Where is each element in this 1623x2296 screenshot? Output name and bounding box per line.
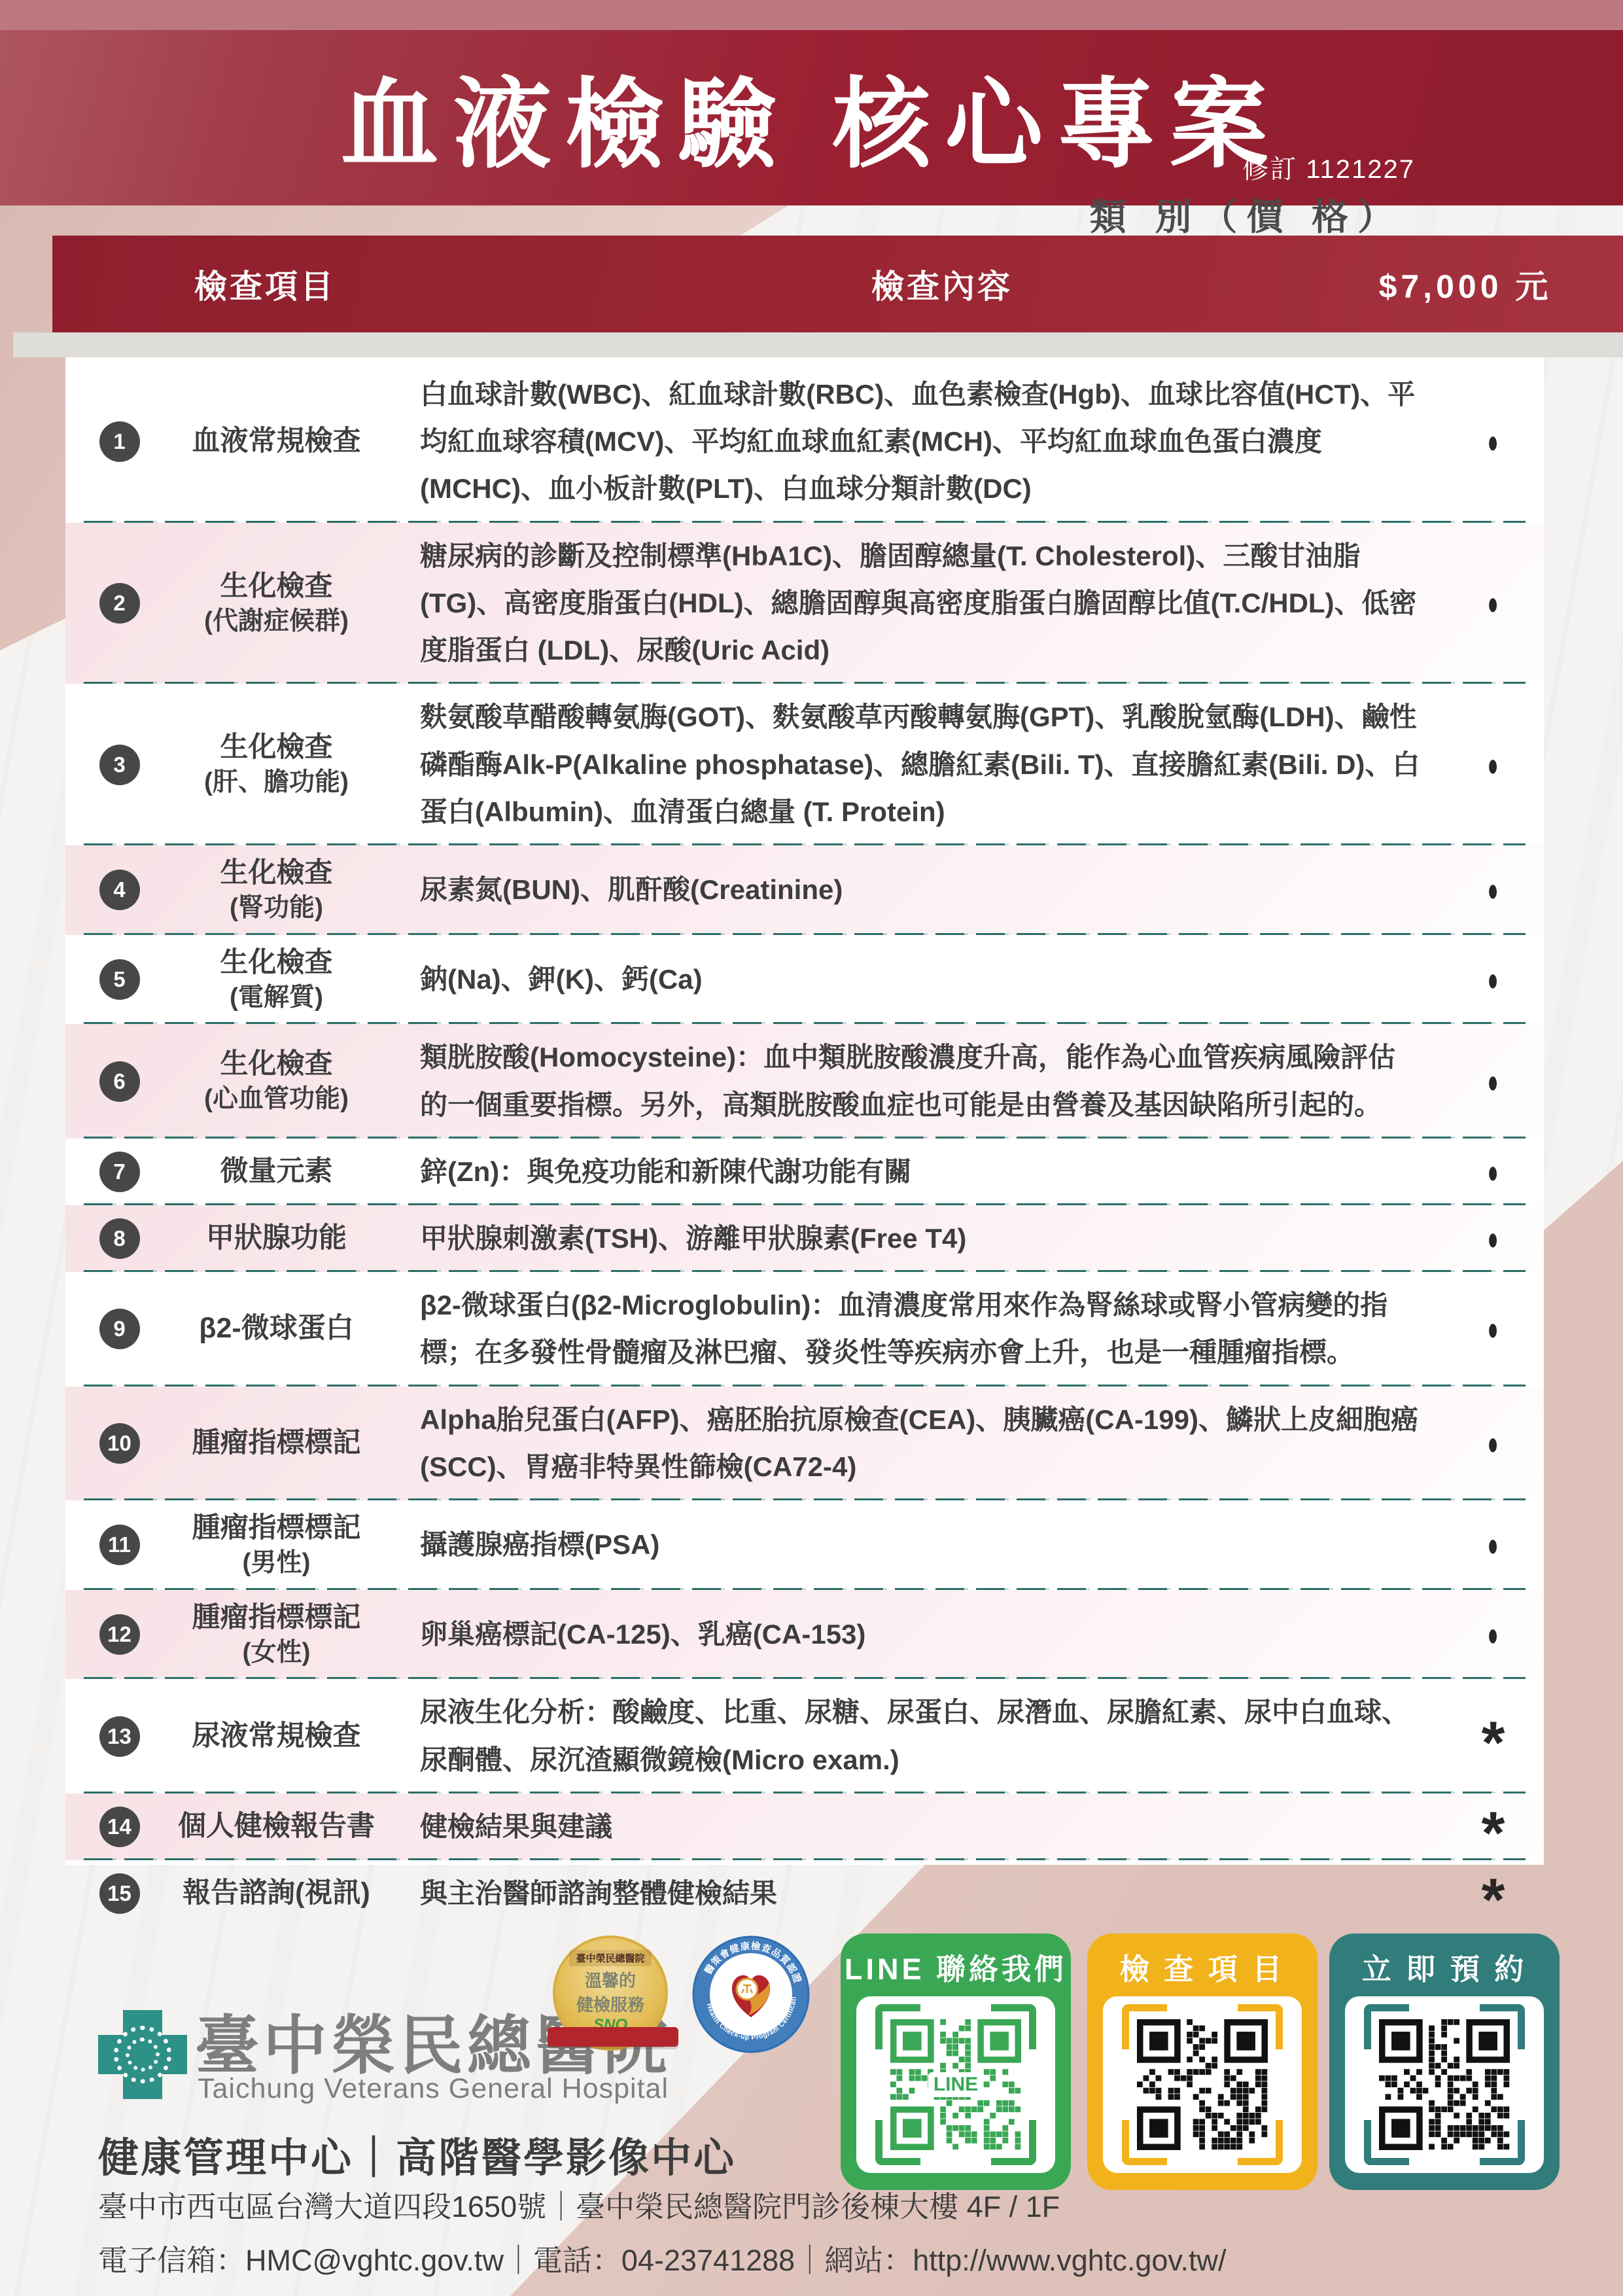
line-contact-qr-card[interactable]: LINE 聯絡我們 LINE — [841, 1934, 1071, 2190]
hospital-name-en: Taichung Veterans General Hospital — [198, 2073, 669, 2105]
row-number-badge: 12 — [99, 1614, 140, 1655]
table-row: 3 生化檢查(肝、膽功能) 麩氨酸草醋酸轉氨脢(GOT)、麩氨酸草丙酸轉氨脢(G… — [65, 684, 1544, 845]
exam-item-label: β2-微球蛋白 — [173, 1311, 379, 1347]
row-number-badge: 7 — [99, 1152, 140, 1192]
row-number-badge: 3 — [99, 745, 140, 785]
row-number-badge: 10 — [99, 1423, 140, 1464]
exam-content-text: 卵巢癌標記(CA-125)、乳癌(CA-153) — [379, 1611, 1442, 1658]
table-row: 5 生化檢查(電解質) 鈉(Na)、鉀(K)、鈣(Ca) ● — [65, 935, 1544, 1025]
department-line: 健康管理中心｜高階醫學影像中心 — [98, 2125, 736, 2183]
row-number-badge: 8 — [99, 1218, 140, 1259]
price-column-mark: ● — [1442, 1424, 1544, 1462]
table-row: 8 甲狀腺功能 甲狀腺刺激素(TSH)、游離甲狀腺素(Free T4) ● — [65, 1205, 1544, 1272]
exam-item-label: 血液常規檢查 — [173, 423, 379, 460]
table-row: 6 生化檢查(心血管功能) 類胱胺酸(Homocysteine)：血中類胱胺酸濃… — [65, 1024, 1544, 1138]
table-row: 1 血液常規檢查 白血球計數(WBC)、紅血球計數(RBC)、血色素檢查(Hgb… — [65, 361, 1544, 523]
row-number-badge: 5 — [99, 959, 140, 1000]
exam-item-label: 腫瘤指標標記(女性) — [173, 1600, 379, 1670]
row-number-badge: 11 — [99, 1525, 140, 1565]
exam-content-text: 白血球計數(WBC)、紅血球計數(RBC)、血色素檢查(Hgb)、血球比容值(H… — [379, 371, 1442, 513]
gray-shadow-strip — [13, 332, 1623, 357]
row-number-badge: 4 — [99, 870, 140, 910]
row-number-badge: 9 — [99, 1309, 140, 1349]
header-banner: 血液檢驗 核心專案 修訂 1121227 — [0, 30, 1623, 205]
exam-item-label: 腫瘤指標標記(男性) — [173, 1510, 379, 1580]
exam-item-label: 生化檢查(肝、膽功能) — [173, 730, 379, 800]
exam-items-qr-code — [1137, 2019, 1268, 2150]
exam-item-label: 微量元素 — [173, 1154, 379, 1190]
snq-quality-badge: 臺中榮民總醫院 溫馨的 健檢服務 SNQ — [553, 1935, 668, 2051]
booking-qr-code — [1379, 2019, 1510, 2150]
table-row: 13 尿液常規檢查 尿液生化分析：酸鹼度、比重、尿糖、尿蛋白、尿潛血、尿膽紅素、… — [65, 1679, 1544, 1793]
row-number-badge: 13 — [99, 1716, 140, 1757]
exam-item-label: 生化檢查(電解質) — [173, 945, 379, 1015]
column-header-content: 檢查內容 — [759, 236, 1125, 332]
hospital-cross-logo — [98, 2010, 187, 2099]
table-row: 12 腫瘤指標標記(女性) 卵巢癌標記(CA-125)、乳癌(CA-153) ● — [65, 1590, 1544, 1680]
price-column-mark: ● — [1442, 746, 1544, 784]
flyer-page: 血液檢驗 核心專案 修訂 1121227 類 別（價 格） 檢查項目 檢查內容 … — [0, 0, 1623, 2296]
price-column-mark: ● — [1442, 1063, 1544, 1101]
exam-items-qr-card[interactable]: 檢 查 項 目 — [1087, 1934, 1318, 2190]
category-price-label: 類 別（價 格） — [1090, 188, 1403, 241]
exam-content-text: β2-微球蛋白(β2-Microglobulin)：血清濃度常用來作為腎絲球或腎… — [379, 1282, 1442, 1376]
exam-item-label: 生化檢查(心血管功能) — [173, 1046, 379, 1116]
exam-content-text: 類胱胺酸(Homocysteine)：血中類胱胺酸濃度升高，能作為心血管疾病風險… — [379, 1034, 1442, 1128]
exam-content-text: 麩氨酸草醋酸轉氨脢(GOT)、麩氨酸草丙酸轉氨脢(GPT)、乳酸脫氫酶(LDH)… — [379, 694, 1442, 836]
exam-content-text: 健檢結果與建議 — [379, 1803, 1442, 1850]
price-column-mark: ● — [1442, 1526, 1544, 1564]
exam-content-text: 鈉(Na)、鉀(K)、鈣(Ca) — [379, 956, 1442, 1003]
table-header-bar: 檢查項目 檢查內容 $7,000 元 — [52, 236, 1623, 332]
table-row: 10 腫瘤指標標記 Alpha胎兒蛋白(AFP)、癌胚胎抗原檢查(CEA)、胰臟… — [65, 1386, 1544, 1500]
table-row: 9 β2-微球蛋白 β2-微球蛋白(β2-Microglobulin)：血清濃度… — [65, 1272, 1544, 1386]
price-column-mark: * — [1442, 1718, 1544, 1755]
page-title: 血液檢驗 核心專案 — [341, 45, 1283, 186]
exam-table: 1 血液常規檢查 白血球計數(WBC)、紅血球計數(RBC)、血色素檢查(Hgb… — [65, 357, 1544, 1865]
price-column-mark: ● — [1442, 1616, 1544, 1653]
price-column-mark: ● — [1442, 423, 1544, 461]
table-row: 4 生化檢查(腎功能) 尿素氮(BUN)、肌酐酸(Creatinine) ● — [65, 845, 1544, 935]
price-column-mark: ● — [1442, 1153, 1544, 1191]
exam-content-text: 糖尿病的診斷及控制標準(HbA1C)、膽固醇總量(T. Cholesterol)… — [379, 533, 1442, 675]
row-number-badge: 2 — [99, 583, 140, 624]
price-column-mark: ● — [1442, 1310, 1544, 1348]
exam-content-text: 甲狀腺刺激素(TSH)、游離甲狀腺素(Free T4) — [379, 1215, 1442, 1262]
top-mauve-strip — [0, 0, 1623, 30]
exam-items-label: 檢 查 項 目 — [1087, 1934, 1318, 1999]
booking-label: 立 即 預 約 — [1329, 1934, 1560, 1999]
footer: 臺中榮民總醫院 Taichung Veterans General Hospit… — [0, 1865, 1623, 2296]
column-header-price: $7,000 元 — [1315, 236, 1616, 332]
health-checkup-certification-badge: 醫策會健康檢查品質認證 Health Check-up Program Cert… — [692, 1935, 810, 2053]
exam-content-text: 鋅(Zn)：與免疫功能和新陳代謝功能有關 — [379, 1148, 1442, 1195]
contact-line: 電子信箱：HMC@vghtc.gov.tw｜電話：04-23741288｜網站：… — [98, 2236, 1227, 2279]
price-column-mark: ● — [1442, 584, 1544, 622]
exam-content-text: 尿素氮(BUN)、肌酐酸(Creatinine) — [379, 866, 1442, 913]
exam-item-label: 尿液常規檢查 — [173, 1718, 379, 1755]
column-header-item: 檢查項目 — [128, 236, 402, 332]
row-number-badge: 6 — [99, 1061, 140, 1102]
table-row: 2 生化檢查(代謝症候群) 糖尿病的診斷及控制標準(HbA1C)、膽固醇總量(T… — [65, 523, 1544, 684]
exam-item-label: 個人健檢報告書 — [173, 1809, 379, 1845]
exam-item-label: 生化檢查(腎功能) — [173, 855, 379, 925]
exam-content-text: 尿液生化分析：酸鹼度、比重、尿糖、尿蛋白、尿潛血、尿膽紅素、尿中白血球、尿酮體、… — [379, 1689, 1442, 1783]
ribbon-icon — [548, 2027, 678, 2047]
exam-item-label: 腫瘤指標標記 — [173, 1425, 379, 1462]
price-column-mark: ● — [1442, 871, 1544, 909]
booking-qr-card[interactable]: 立 即 預 約 — [1329, 1934, 1560, 2190]
exam-content-text: 攝護腺癌指標(PSA) — [379, 1521, 1442, 1568]
row-number-badge: 1 — [99, 421, 140, 462]
price-column-mark: ● — [1442, 1220, 1544, 1258]
table-row: 14 個人健檢報告書 健檢結果與建議 * — [65, 1793, 1544, 1860]
price-column-mark: ● — [1442, 961, 1544, 998]
table-row: 11 腫瘤指標標記(男性) 攝護腺癌指標(PSA) ● — [65, 1500, 1544, 1590]
exam-content-text: Alpha胎兒蛋白(AFP)、癌胚胎抗原檢查(CEA)、胰臟癌(CA-199)、… — [379, 1396, 1442, 1491]
exam-item-label: 生化檢查(代謝症候群) — [173, 569, 379, 639]
row-number-badge: 14 — [99, 1807, 140, 1847]
revision-label: 修訂 1121227 — [1242, 149, 1415, 186]
table-row: 7 微量元素 鋅(Zn)：與免疫功能和新陳代謝功能有關 ● — [65, 1139, 1544, 1205]
exam-item-label: 甲狀腺功能 — [173, 1220, 379, 1257]
line-contact-label: LINE 聯絡我們 — [841, 1934, 1071, 1999]
price-column-mark: * — [1442, 1809, 1544, 1845]
line-logo: LINE — [928, 2072, 983, 2097]
